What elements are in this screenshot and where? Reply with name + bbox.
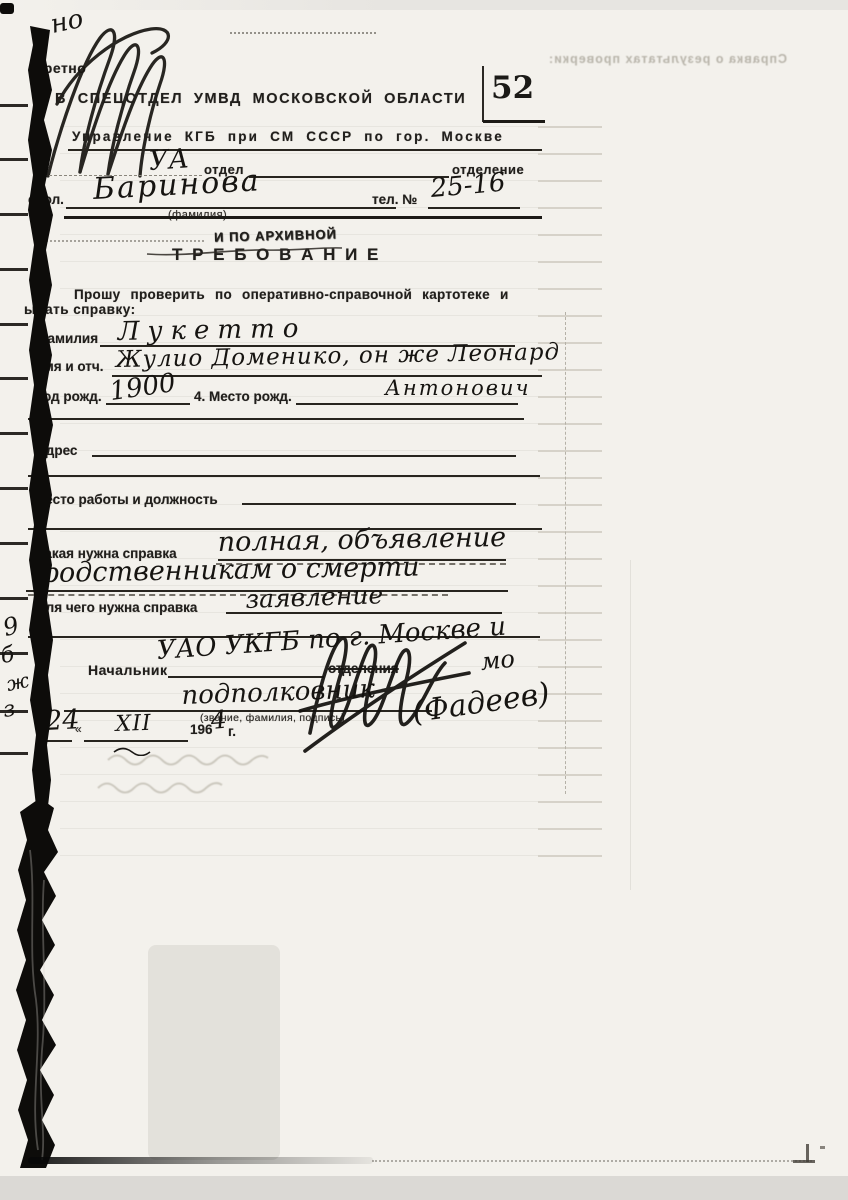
field-cert-rewrite-line2 bbox=[28, 594, 448, 596]
page-corner-mark bbox=[793, 1160, 815, 1163]
faint-vertical-line bbox=[630, 560, 631, 890]
faint-ruled-line bbox=[538, 639, 602, 641]
faint-ruled-line bbox=[538, 504, 602, 506]
ghost-ruled-line bbox=[60, 423, 538, 424]
ghost-ruled-line bbox=[60, 855, 538, 856]
faint-ruled-line bbox=[538, 207, 602, 209]
kgb-directorate-line: Управление КГБ при СМ СССР по гор. Москв… bbox=[72, 129, 504, 144]
faint-ruled-line bbox=[538, 720, 602, 722]
faint-ruled-line bbox=[538, 828, 602, 830]
faint-ruled-line bbox=[538, 315, 602, 317]
faint-ruled-line bbox=[538, 396, 602, 398]
scan-bottom-edge bbox=[0, 1176, 848, 1200]
blank-continuation-line-2 bbox=[28, 475, 540, 477]
faint-ruled-line bbox=[538, 774, 602, 776]
faint-ruled-line bbox=[538, 531, 602, 533]
faint-ruled-line bbox=[538, 801, 602, 803]
page-corner-mark bbox=[820, 1146, 825, 1149]
scanned-document-page: Справка о результатах проверки: но екрет… bbox=[0, 0, 848, 1200]
phone-value-handwritten: 25-16 bbox=[429, 168, 506, 204]
faint-ruled-line bbox=[538, 855, 602, 857]
page-number-underline bbox=[483, 120, 545, 123]
binding-edge-strip bbox=[0, 0, 70, 1200]
faint-ruled-line bbox=[538, 612, 602, 614]
header-underline bbox=[68, 149, 542, 151]
chief-label: Начальник bbox=[88, 662, 168, 678]
field-name-value2: Антонович bbox=[385, 376, 531, 400]
faint-ruled-line bbox=[538, 261, 602, 263]
bottom-edge-smudge bbox=[28, 1157, 373, 1164]
faint-ruled-line bbox=[538, 153, 602, 155]
dept-row-middle-line bbox=[249, 176, 449, 178]
date-month-handwritten: XII bbox=[115, 711, 152, 737]
faint-ruled-line bbox=[538, 585, 602, 587]
field-work-line bbox=[242, 503, 516, 505]
faint-ruled-line bbox=[538, 234, 602, 236]
request-text-line1: Прошу проверить по оперативно-справочной… bbox=[74, 287, 509, 302]
date-year-printed: 196 bbox=[190, 722, 213, 737]
addressee-org-line: В СПЕЦОТДЕЛ УМВД МОСКОВСКОЙ ОБЛАСТИ bbox=[55, 91, 466, 107]
faint-ruled-line bbox=[538, 666, 602, 668]
executor-underline bbox=[66, 207, 396, 209]
field-purpose-value: заявление bbox=[245, 580, 384, 614]
chief-signature-scrawl bbox=[285, 613, 490, 758]
surname-caption: (фамилия) bbox=[168, 209, 227, 221]
date-year-suffix: г. bbox=[228, 724, 236, 739]
date-open-quote: « bbox=[75, 722, 82, 736]
field-birth-line1 bbox=[106, 403, 190, 405]
field-birth-line2 bbox=[296, 403, 518, 405]
field-birth-value: 1900 bbox=[108, 368, 178, 407]
form-right-edge-dashed-line bbox=[565, 312, 566, 794]
ghost-ruled-line bbox=[60, 450, 538, 451]
bleedthrough-handwriting-squiggle bbox=[90, 738, 360, 808]
scan-shading-band bbox=[148, 945, 280, 1160]
faint-ruled-line bbox=[538, 126, 602, 128]
bottom-edge-dotted-line bbox=[372, 1160, 812, 1162]
field-birthplace-label: 4. Место рожд. bbox=[194, 389, 292, 404]
phone-label: тел. № bbox=[372, 192, 417, 207]
stamp-strike-line bbox=[145, 242, 345, 258]
page-number-left-rule bbox=[482, 66, 484, 122]
date-year-handwritten: 4 bbox=[209, 705, 227, 735]
field-address-line bbox=[92, 455, 516, 457]
phone-underline bbox=[428, 207, 520, 209]
faint-ruled-line bbox=[538, 747, 602, 749]
page-number: 52 bbox=[491, 70, 534, 106]
blank-continuation-line-1 bbox=[28, 418, 524, 420]
bleedthrough-caption: Справка о результатах проверки: bbox=[548, 52, 787, 66]
faint-ruled-line bbox=[538, 477, 602, 479]
scan-smudge-dotted-line bbox=[230, 32, 376, 34]
faint-ruled-line bbox=[538, 558, 602, 560]
field-surname-value: Лукетто bbox=[117, 314, 306, 347]
faint-ruled-line bbox=[538, 423, 602, 425]
header-bottom-rule bbox=[64, 216, 542, 219]
faint-ruled-line bbox=[538, 180, 602, 182]
faint-ruled-line bbox=[538, 369, 602, 371]
ghost-ruled-line bbox=[60, 828, 538, 829]
faint-ruled-line bbox=[538, 450, 602, 452]
ghost-ruled-line bbox=[60, 477, 538, 478]
faint-ruled-line bbox=[538, 288, 602, 290]
